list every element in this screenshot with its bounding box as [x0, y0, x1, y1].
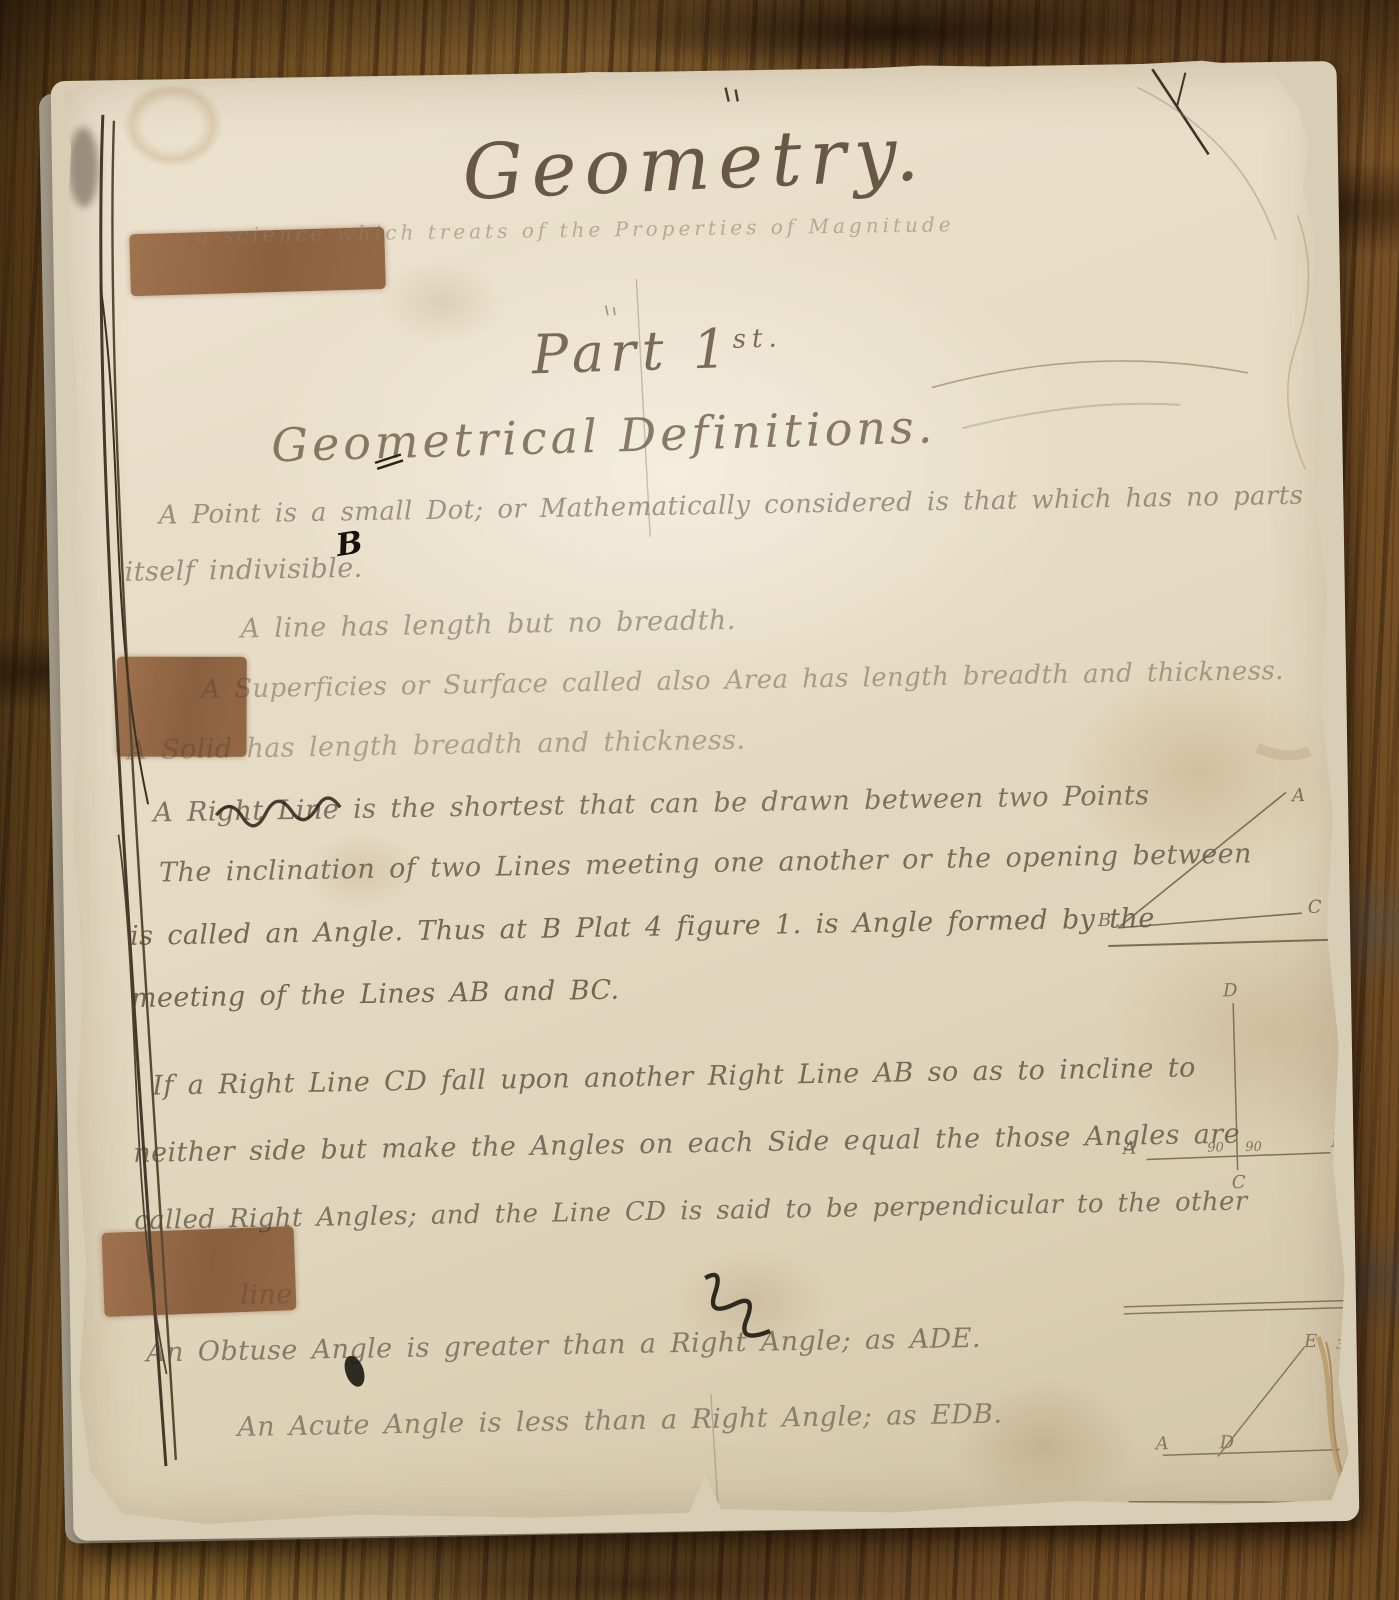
- figure-perpendicular-cd-ab: D A B C 90 90: [1119, 979, 1345, 1195]
- fig2-angle-right: 90: [1245, 1140, 1262, 1155]
- fig3-label-d: D: [1219, 1432, 1235, 1453]
- fig1-label-b: B: [1097, 910, 1112, 931]
- fig1-label-c: C: [1308, 897, 1322, 918]
- margin-figures-overlay: A B C D A B C 90 90: [57, 57, 1350, 1531]
- photo-of-notebook: Geometry. a science which treats of the …: [0, 0, 1399, 1600]
- fig2-label-a: A: [1121, 1138, 1136, 1159]
- binding-threads: [98, 114, 176, 1467]
- fig3-label-a: A: [1154, 1433, 1169, 1454]
- figure-angle-abc: A B C: [1095, 785, 1336, 947]
- notebook-page: Geometry. a science which treats of the …: [57, 57, 1350, 1531]
- fig2-label-d: D: [1222, 980, 1238, 1001]
- fig1-label-a: A: [1290, 785, 1305, 806]
- loose-thread: [1318, 1337, 1342, 1479]
- fig3-label-e: E: [1303, 1331, 1317, 1352]
- fig2-angle-left: 90: [1207, 1140, 1224, 1155]
- figure-obtuse-acute-ade: E 3 A D: [1124, 1300, 1351, 1511]
- fig2-label-c: C: [1232, 1172, 1246, 1193]
